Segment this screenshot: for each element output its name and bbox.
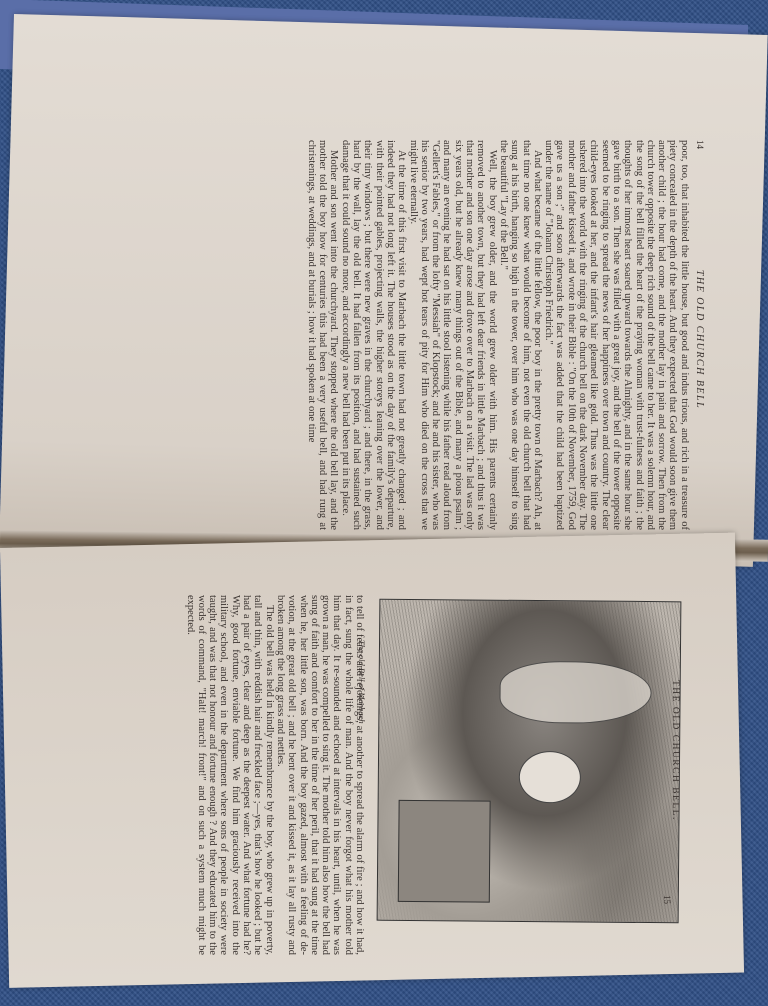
illustration-child-figure [519, 751, 581, 804]
running-head: THE OLD CHURCH BELL [694, 149, 705, 530]
illustration-bell [398, 800, 491, 903]
left-page-text: 14 THE OLD CHURCH BELL poor, too, that i… [306, 140, 705, 530]
right-page-text: to tell of feasts and rejoicings, at ano… [184, 595, 365, 955]
paragraph: The old bell was held in kindly remembra… [184, 595, 274, 955]
paragraph: Well, the boy grew older, and the world … [407, 140, 497, 530]
paragraph: And what became of the little fellow, th… [498, 140, 543, 530]
illustration-old-bell [377, 599, 682, 924]
page-number: 14 [694, 140, 705, 149]
left-page-header: 14 THE OLD CHURCH BELL [694, 140, 705, 530]
paragraph: poor, too, that inhabited the little hou… [543, 140, 690, 530]
running-head: THE OLD CHURCH BELL. [670, 680, 680, 880]
illustration-mother-figure [499, 661, 652, 724]
page-number: 15 [662, 895, 672, 904]
paragraph: Mother and son went into the churchyard.… [306, 140, 340, 530]
paragraph: to tell of feasts and rejoicings, at ano… [275, 595, 365, 955]
paragraph: At the time of this first visit to Marba… [340, 140, 408, 530]
